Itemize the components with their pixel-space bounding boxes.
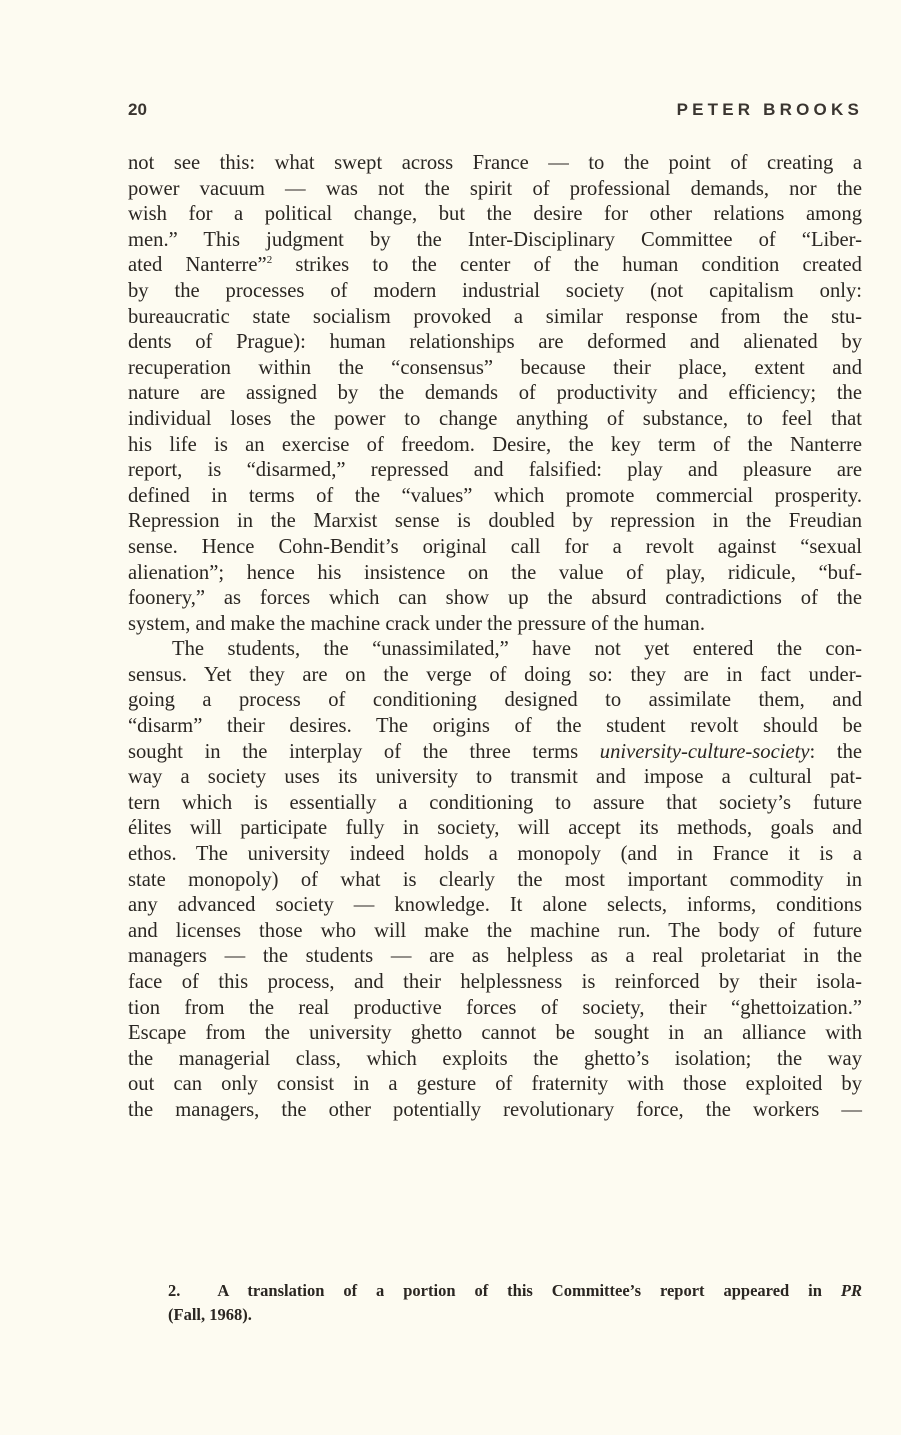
text-line: the managers, the other potentially revo… — [128, 1098, 862, 1124]
text-line: sense. Hence Cohn-Bendit’s original call… — [128, 535, 862, 561]
text-line: Escape from the university ghetto cannot… — [128, 1021, 862, 1047]
text-line: tern which is essentially a conditioning… — [128, 791, 862, 817]
text-line: sensus. Yet they are on the verge of doi… — [128, 663, 862, 689]
italic-term: university-culture-society — [600, 741, 810, 763]
text-line: men.” This judgment by the Inter-Discipl… — [128, 228, 862, 254]
footnote-line: (Fall, 1968). — [168, 1303, 862, 1327]
document-page: 20 PETER BROOKS not see this: what swept… — [0, 0, 901, 1435]
running-head: 20 PETER BROOKS — [128, 100, 863, 126]
footnote: 2. A translation of a portion of this Co… — [168, 1279, 862, 1327]
footnote-number: 2. — [168, 1281, 180, 1300]
text-line: not see this: what swept across France —… — [128, 151, 862, 177]
text-line: tion from the real productive forces of … — [128, 996, 862, 1022]
text-line: defined in terms of the “values” which p… — [128, 484, 862, 510]
text-line: recuperation within the “consensus” beca… — [128, 356, 862, 382]
text-line: face of this process, and their helpless… — [128, 970, 862, 996]
text-line: alienation”; hence his insistence on the… — [128, 561, 862, 587]
text-line: and licenses those who will make the mac… — [128, 919, 862, 945]
text-line: managers — the students — are as helples… — [128, 944, 862, 970]
footnote-line: 2. A translation of a portion of this Co… — [168, 1279, 862, 1303]
body-text: not see this: what swept across France —… — [128, 151, 862, 1124]
text-line: ethos. The university indeed holds a mon… — [128, 842, 862, 868]
text-line: going a process of conditioning designed… — [128, 688, 862, 714]
text-line: by the processes of modern industrial so… — [128, 279, 862, 305]
text-line: state monopoly) of what is clearly the m… — [128, 868, 862, 894]
footnote-reference[interactable]: 2 — [267, 254, 273, 266]
text-line: foonery,” as forces which can show up th… — [128, 586, 862, 612]
page-number: 20 — [128, 100, 147, 120]
text-line: any advanced society — knowledge. It alo… — [128, 893, 862, 919]
text-line: individual loses the power to change any… — [128, 407, 862, 433]
journal-abbrev: PR — [841, 1281, 862, 1300]
text-line: system, and make the machine crack under… — [128, 612, 862, 638]
text-line: sought in the interplay of the three ter… — [128, 740, 862, 766]
text-line: nature are assigned by the demands of pr… — [128, 381, 862, 407]
text-line: way a society uses its university to tra… — [128, 765, 862, 791]
text-line: élites will participate fully in society… — [128, 816, 862, 842]
text-line: ated Nanterre”2 strikes to the center of… — [128, 253, 862, 279]
text-line: out can only consist in a gesture of fra… — [128, 1072, 862, 1098]
paragraph-start-line: The students, the “unassimilated,” have … — [128, 637, 862, 663]
running-head-author: PETER BROOKS — [677, 100, 863, 120]
text-line: “disarm” their desires. The origins of t… — [128, 714, 862, 740]
text-line: bureaucratic state socialism provoked a … — [128, 305, 862, 331]
text-line: the managerial class, which exploits the… — [128, 1047, 862, 1073]
text-line: his life is an exercise of freedom. Desi… — [128, 433, 862, 459]
text-line: Repression in the Marxist sense is doubl… — [128, 509, 862, 535]
text-line: dents of Prague): human relationships ar… — [128, 330, 862, 356]
text-line: power vacuum — was not the spirit of pro… — [128, 177, 862, 203]
text-line: wish for a political change, but the des… — [128, 202, 862, 228]
text-line: report, is “disarmed,” repressed and fal… — [128, 458, 862, 484]
